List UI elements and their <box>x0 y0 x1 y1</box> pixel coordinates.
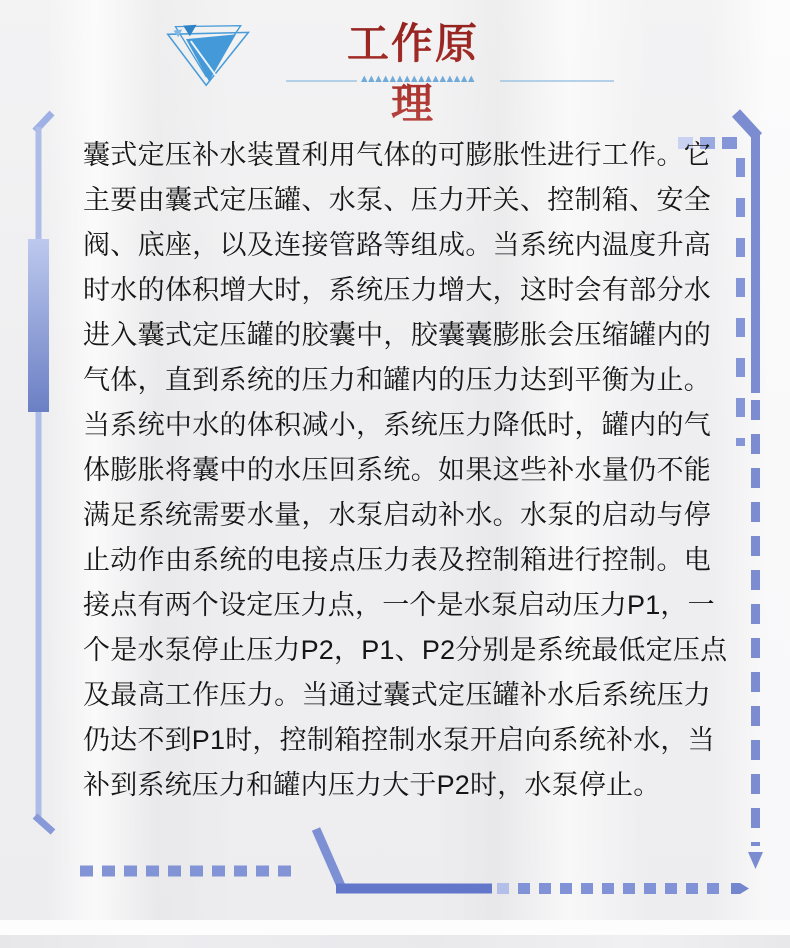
text-line: 囊式定压补水装置利用气体的可膨胀性进行工作。它 <box>83 133 711 178</box>
text-line: 接点有两个设定压力点，一个是水泵启动压力P1，一 <box>83 583 711 628</box>
text-line: 体膨胀将囊中的水压回系统。如果这些补水量仍不能 <box>83 448 711 493</box>
text-line: 个是水泵停止压力P2，P1、P2分别是系统最低定压点 <box>83 628 711 673</box>
text-line: 补到系统压力和罐内压力大于P2时，水泵停止。 <box>83 763 711 808</box>
text-line: 满足系统需要水量，水泵启动补水。水泵的启动与停 <box>83 493 711 538</box>
arrow-down-icon <box>748 852 763 869</box>
text-line: 时水的体积增大时，系统压力增大，这时会有部分水 <box>83 268 711 313</box>
text-line: 气体，直到系统的压力和罐内的压力达到平衡为止。 <box>83 358 711 403</box>
bottom-white-strip <box>0 920 790 935</box>
frame-bottom-dash-highlight <box>497 883 509 894</box>
text-line: 阀、底座，以及连接管路等组成。当系统内温度升高 <box>83 223 711 268</box>
text-line: 主要由囊式定压罐、水泵、压力开关、控制箱、安全 <box>83 178 711 223</box>
text-line: 进入囊式定压罐的胶囊中，胶囊囊膨胀会压缩罐内的 <box>83 313 711 358</box>
principle-text-block: 囊式定压补水装置利用气体的可膨胀性进行工作。它主要由囊式定压罐、水泵、压力开关、… <box>83 133 711 808</box>
text-line: 仍达不到P1时，控制箱控制水泵开启向系统补水，当 <box>83 718 711 763</box>
bottom-gray-strip <box>0 935 790 948</box>
arrow-right-icon <box>731 883 749 894</box>
frame-left-accent-bar <box>28 239 49 412</box>
corner-square-3 <box>722 137 737 149</box>
frame-bottom-diagonal <box>316 829 341 886</box>
text-line: 止动作由系统的电接点压力表及控制箱进行控制。电 <box>83 538 711 583</box>
text-line: 当系统中水的体积减小，系统压力降低时，罐内的气 <box>83 403 711 448</box>
text-line: 及最高工作压力。当通过囊式定压罐补水后系统压力 <box>83 673 711 718</box>
